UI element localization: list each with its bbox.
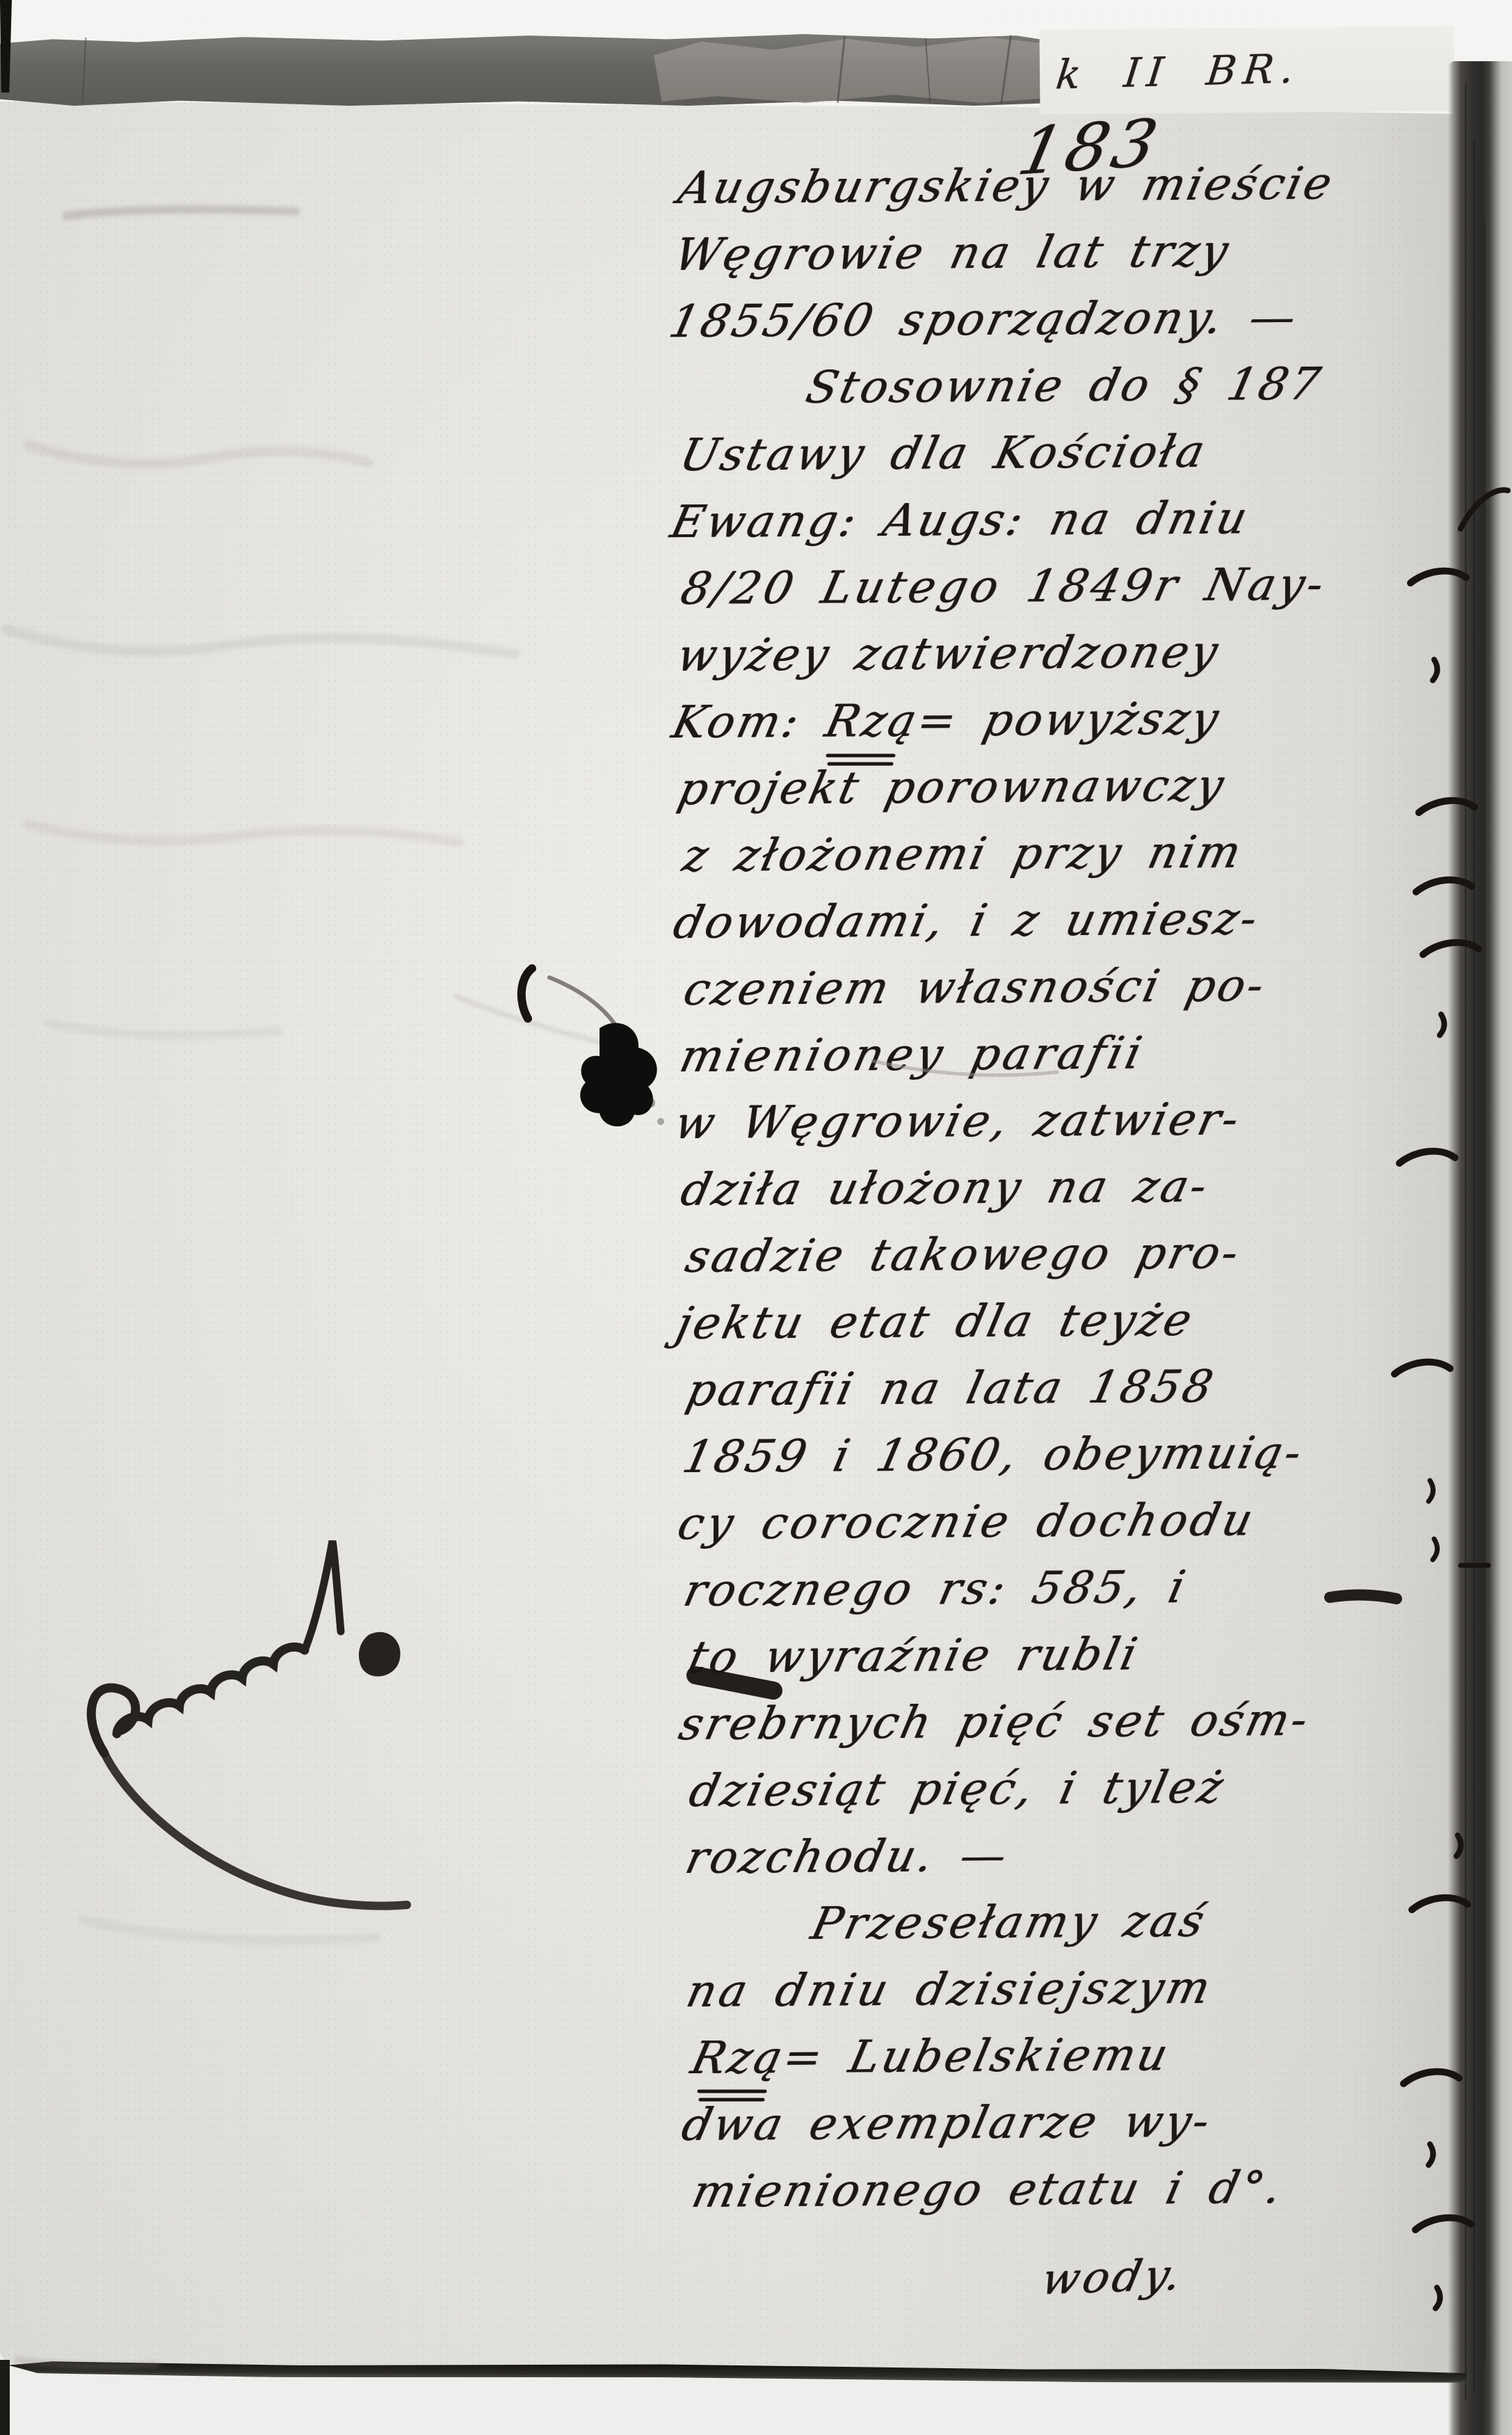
manuscript-line: jektu etat dla teyże xyxy=(668,1293,1488,1365)
manuscript-line: sadzie takowego pro- xyxy=(677,1226,1488,1298)
manuscript-line: mienioney parafii xyxy=(672,1025,1486,1098)
manuscript-line: Węgrowie na lat trzy xyxy=(666,224,1481,296)
manuscript-line: w Węgrowie, zatwier- xyxy=(667,1092,1487,1165)
manuscript-line: Przesełamy zaś xyxy=(673,1894,1493,1966)
manuscript-line: Stosownie do § 187 xyxy=(667,358,1481,430)
manuscript-line: 8/20 Lutego 1849r Nay- xyxy=(673,558,1483,630)
scanned-document: k II BR. 183 Augsburgskiey w mieścieWęgr… xyxy=(0,0,1512,2435)
archive-annotation: k II BR. xyxy=(1054,45,1303,98)
manuscript-line: Augsburgskiey w mieście xyxy=(670,157,1480,230)
manuscript-line: Ustawy dla Kościoła xyxy=(672,424,1482,497)
manuscript-line: to wyraźnie rubli xyxy=(680,1627,1490,1699)
catchword: wody. xyxy=(1037,2249,1189,2305)
manuscript-line: cy corocznie dochodu xyxy=(670,1493,1490,1565)
manuscript-line: na dniu dzisiejszym xyxy=(678,1961,1493,2033)
manuscript-line: projekt porownawczy xyxy=(670,758,1484,831)
manuscript-line: czeniem własności po- xyxy=(675,959,1486,1031)
manuscript-line: parafii na lata 1858 xyxy=(678,1359,1488,1432)
manuscript-line: Rzą= Lubelskiemu xyxy=(683,2027,1493,2100)
manuscript-line: Ewang: Augs: na dniu xyxy=(663,491,1483,564)
manuscript-lines: Augsburgskiey w mieścieWęgrowie na lat t… xyxy=(673,157,1488,2233)
manuscript-line: 1859 i 1860, obeymuią- xyxy=(675,1426,1489,1499)
manuscript-line: dowodami, i z umiesz- xyxy=(666,892,1486,964)
manuscript-line: Kom: Rzą= powyższy xyxy=(664,692,1484,764)
scan-edge-mark-bottom-left xyxy=(0,2360,10,2435)
manuscript-line: srebrnych pięć set ośm- xyxy=(671,1693,1491,1766)
manuscript-line: rozchodu. — xyxy=(677,1827,1492,1899)
manuscript-line: dziesiąt pięć, i tyleż xyxy=(681,1760,1491,1833)
manuscript-line: rocznego rs: 585, i xyxy=(675,1560,1490,1632)
manuscript-line: wyżey zatwierdzoney xyxy=(669,625,1483,697)
manuscript-line: mienionego etatu i d°. xyxy=(684,2161,1494,2233)
header-paper-strip: k II BR. xyxy=(1039,26,1454,114)
manuscript-line: dziła ułożony na za- xyxy=(673,1159,1487,1231)
manuscript-line: dwa exemplarze wy- xyxy=(674,2094,1494,2166)
manuscript-line: z złożonemi przy nim xyxy=(675,825,1485,897)
torn-paper-patch xyxy=(654,35,1054,103)
manuscript-line: 1855/60 sporządzony. — xyxy=(661,291,1481,363)
